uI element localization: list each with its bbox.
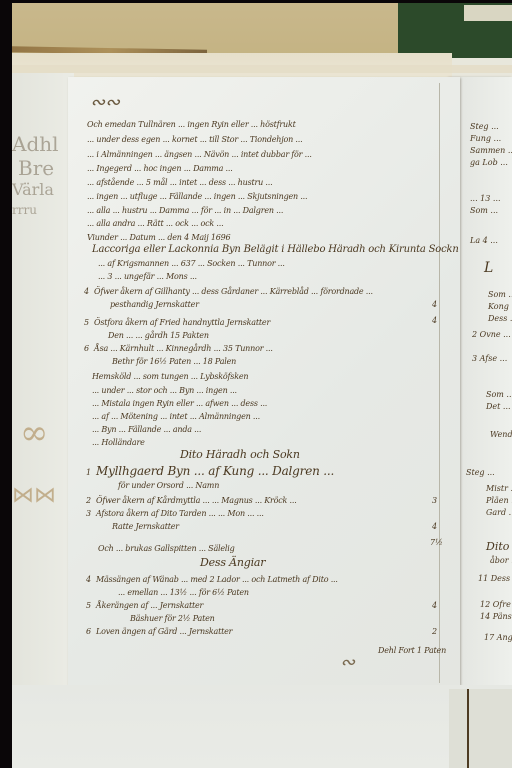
body-line: ... under ... stor och ... Byn ... ingen… — [92, 386, 237, 395]
entry-text: Loven ängen af Gärd ... Jernskatter — [96, 627, 232, 636]
entry-number: 5 — [86, 601, 91, 610]
heading-laccoriga: Laccoriga eller Lackonnia Byn Belägit i … — [92, 244, 459, 255]
intro-line: ... under dess egen ... kornet ... till … — [87, 135, 302, 144]
entry-text: Bethr för 16½ Paten ... 18 Palen — [112, 357, 236, 366]
right-page-line: Dito ... — [486, 540, 512, 553]
entry-number: 5 — [84, 318, 89, 327]
entry-text: Ratte Jernskatter — [112, 522, 179, 531]
right-page-initial: L — [484, 260, 493, 276]
right-page-line: La 4 ... — [470, 236, 498, 245]
entry-text: Den ... ... gårdh 15 Pakten — [108, 331, 209, 340]
right-page-line: Dess ... — [488, 314, 512, 323]
right-page-line: Sammen ... — [470, 146, 512, 155]
right-page-line: ... 13 ... — [470, 194, 501, 203]
right-page-line: åbor ... — [490, 556, 512, 565]
right-page-line: 2 Ovne ... — [472, 330, 511, 339]
bleed-through-text: Bre — [18, 157, 54, 179]
intro-line: ... alla ... hustru ... Damma ... för ..… — [87, 206, 283, 215]
intro-line: Och emedan Tullnären ... ingen Ryin elle… — [87, 120, 296, 129]
paper-tab — [464, 5, 512, 21]
right-page-line: Som ... — [486, 390, 512, 399]
intro-line: ... alla andra ... Rätt ... ock ... ock … — [87, 219, 223, 228]
ornament-icon: ⋈⋈ — [12, 483, 56, 508]
entry-number: 6 — [84, 344, 89, 353]
entry-amount: 7½ — [430, 538, 443, 547]
right-page-line: Mistr ... — [486, 484, 512, 493]
entry-text: Åsa ... Kärnhult ... Kinnegårdh ... 35 T… — [94, 344, 273, 353]
entry-amount: 3 — [432, 496, 437, 505]
entry-number: 3 — [86, 509, 91, 518]
right-page-line: 12 Ofre ... — [480, 600, 512, 609]
note-line: Och ... brukas Gallspitten ... Sälelig — [98, 544, 235, 553]
entry-text: Öfwer åkern af Gillhanty ... dess Gårdan… — [94, 287, 373, 296]
entry-number: 4 — [84, 287, 89, 296]
entry-number: 1 — [86, 468, 91, 477]
right-page-line: Pläen ... — [486, 496, 512, 505]
entry-number: 2 — [86, 496, 91, 505]
intro-line: ... i Almänningen ... ängsen ... Nävön .… — [87, 150, 312, 159]
body-line: ... Byn ... Fällande ... anda ... — [92, 425, 201, 434]
heading-subline: ... af Krigsmannen ... 637 ... Socken ..… — [98, 259, 285, 268]
right-page-line: Det ... — [486, 402, 511, 411]
flourish-icon: ∾∾ — [90, 92, 120, 113]
signature: Dehl Fort 1 Paten — [378, 646, 446, 655]
right-page-line: Som ... — [470, 206, 498, 215]
entry-text: Öfwer åkern af Kårdmyttla ... ... Magnus… — [96, 496, 297, 505]
bottom-sheet — [12, 685, 512, 768]
entry-number: 4 — [86, 575, 91, 584]
bleed-through-text: Värla — [12, 179, 54, 201]
entry-text: Åkerängen af ... Jernskatter — [96, 601, 203, 610]
right-page-line: Kong ... — [488, 302, 512, 311]
entry-text: ... emellan ... 13½ ... för 6½ Paten — [118, 588, 249, 597]
intro-line: ... ingen ... utfluge ... Fällande ... i… — [87, 192, 307, 201]
body-line: ... Mistala ingen Ryin eller ... afwen .… — [92, 399, 267, 408]
margin-rule — [439, 83, 440, 683]
underlying-sheets-edge — [12, 65, 512, 73]
entry-text: Afstora åkern af Dito Tarden ... ... Mon… — [96, 509, 264, 518]
right-page-line: Fung ... — [470, 134, 501, 143]
intro-line: ... afstående ... 5 mål ... intet ... de… — [87, 178, 272, 187]
entry-amount: 4 — [432, 601, 437, 610]
flourish-icon: ∾ — [340, 652, 355, 673]
right-page-line: Steg ... — [466, 468, 495, 477]
right-page-line: Som ... — [488, 290, 512, 299]
entry-amount: 4 — [432, 300, 437, 309]
entry-number: 6 — [86, 627, 91, 636]
heading-dito-haradh: Dito Häradh och Sokn — [180, 448, 300, 461]
entry-text: Myllhgaerd Byn ... af Kung ... Dalgren .… — [96, 464, 334, 478]
entry-amount: 2 — [432, 627, 437, 636]
right-page-line: Wend ... — [490, 430, 512, 439]
entry-text: Mässängen af Wänab ... med 2 Lador ... o… — [96, 575, 338, 584]
bottom-binding-line — [467, 689, 469, 768]
entry-text: pesthandig Jernskatter — [110, 300, 199, 309]
date-line: Viunder ... Datum ... den 4 Maij 1696 — [87, 233, 230, 242]
entry-text: för under Orsord ... Namn — [118, 481, 219, 490]
entry-text: Östfora åkern af Fried handnyttla Jernsk… — [94, 318, 270, 327]
right-page-line: Gard ... — [486, 508, 512, 517]
bleed-through-text: Adhl — [12, 133, 59, 155]
body-line: ... af ... Mötening ... intet ... Almänn… — [92, 412, 260, 421]
bottom-right-strip — [449, 689, 512, 768]
right-page-line: ga Lob ... — [470, 158, 508, 167]
bleed-through-text: rrru — [12, 199, 37, 221]
right-page-line: 3 Afse ... — [472, 354, 507, 363]
right-page-line: Steg ... — [470, 122, 499, 131]
ornament-icon: ∞ — [20, 413, 48, 453]
entry-text: Bäshuer för 2½ Paten — [130, 614, 215, 623]
intro-line: ... Ingegerd ... hoc ingen ... Damma ... — [87, 164, 233, 173]
heading-subline: ... 3 ... ungefär ... Mons ... — [98, 272, 197, 281]
right-page-line: 14 Päns ... — [480, 612, 512, 621]
right-page-line: 17 Ange ... — [484, 633, 512, 642]
entry-amount: 4 — [432, 522, 437, 531]
heading-dess-angiar: Dess Ängiar — [200, 556, 265, 569]
body-line: ... Holländare — [92, 438, 145, 447]
right-page-line: 11 Dess ... — [478, 574, 512, 583]
body-line: Hemsköld ... som tungen ... Lybsköfsken — [92, 372, 248, 381]
left-page: Adhl Bre Värla rrru ∞ ⋈⋈ — [12, 73, 74, 768]
entry-amount: 4 — [432, 316, 437, 325]
